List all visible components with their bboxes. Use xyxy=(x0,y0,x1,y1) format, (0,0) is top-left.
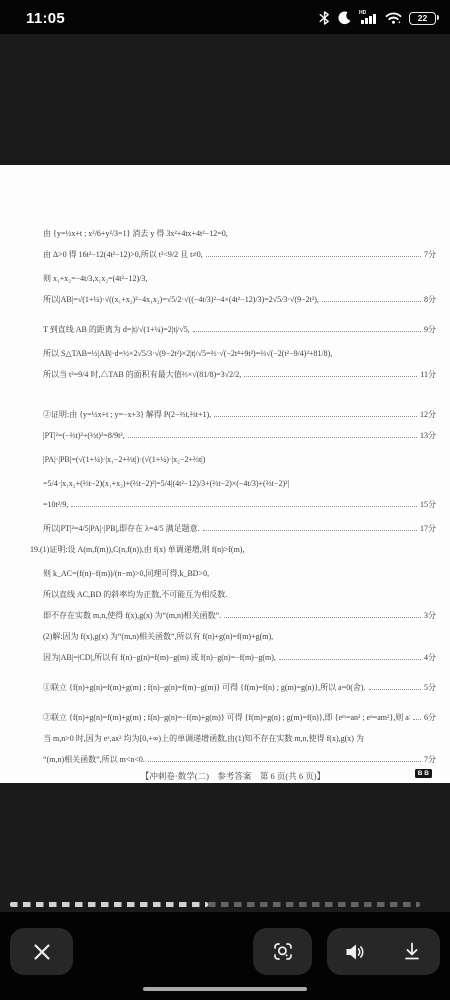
score-label: 7分 xyxy=(424,250,436,262)
formula-text: =10t²/9, xyxy=(43,500,68,512)
dotted-leader xyxy=(413,719,421,720)
document-lines: 由 {y=½x+t ; x²/6+y²/3=1} 消去 y 得 3x²+4tx+… xyxy=(30,201,436,767)
formula-line: 19.(1)证明:设 A(m,f(m)),C(n,f(n)),由 f(x) 单调… xyxy=(30,536,436,557)
score-label: 17分 xyxy=(420,524,436,536)
formula-text: 所以当 t²=9/4 时,△TAB 的面积有最大值⅔×√(81/8)=3√2/2… xyxy=(43,370,241,382)
formula-line: =5/4·|x₁x₂+(⅔t−2)(x₁+x₂)+(⅔t−2)²|=5/4|(4… xyxy=(30,467,436,491)
status-time: 11:05 xyxy=(26,10,65,27)
wifi-icon xyxy=(385,11,402,25)
dotted-leader xyxy=(206,256,421,257)
formula-text: ①联立 {f(n)+g(n)=f(m)+g(m) ; f(n)−g(n)=f(m… xyxy=(43,683,366,695)
dotted-leader xyxy=(369,689,421,690)
publisher-logo: B B xyxy=(415,769,432,778)
formula-text: |PT|²=(−⅔t)²+(⅔t)²=8/9t², xyxy=(43,431,125,443)
close-icon xyxy=(31,941,53,963)
battery-percent: 22 xyxy=(418,13,427,23)
signal-bars-icon: HD xyxy=(358,11,378,25)
score-label: 12分 xyxy=(420,410,436,422)
formula-text: “(m,n)相关函数”,所以 m<n<0. xyxy=(43,755,145,767)
battery-icon: 22 xyxy=(409,12,436,25)
formula-text: 19.(1)证明:设 A(m,f(m)),C(n,f(n)),由 f(x) 单调… xyxy=(30,545,244,557)
dotted-leader xyxy=(214,416,417,417)
dash-segment-dim xyxy=(208,902,420,907)
score-label: 6分 xyxy=(424,713,436,725)
score-label: 3分 xyxy=(424,611,436,623)
formula-text: 则 k_AC=(f(n)−f(m))/(n−m)>0,同理可得,k_BD>0, xyxy=(43,569,209,581)
formula-line: 由 {y=½x+t ; x²/6+y²/3=1} 消去 y 得 3x²+4tx+… xyxy=(30,201,436,241)
bluetooth-icon xyxy=(319,11,330,25)
score-label: 5分 xyxy=(424,683,436,695)
formula-line: 所以|AB|=√(1+¼)·√((x₁+x₂)²−4x₁x₂)=√5/2·√((… xyxy=(30,286,436,307)
speaker-icon xyxy=(344,942,366,962)
score-label: 7分 xyxy=(424,755,436,767)
formula-line: (2)解:因为 f(x),g(x) 为“(m,n)相关函数”,所以有 f(n)+… xyxy=(30,623,436,644)
dotted-leader xyxy=(224,617,421,618)
score-label: 9分 xyxy=(424,325,436,337)
score-label: 13分 xyxy=(420,431,436,443)
score-label: 8分 xyxy=(424,295,436,307)
formula-text: 由 {y=½x+t ; x²/6+y²/3=1} 消去 y 得 3x²+4tx+… xyxy=(43,229,228,241)
dotted-leader xyxy=(322,301,421,302)
download-icon xyxy=(402,941,422,963)
close-button[interactable] xyxy=(10,928,73,975)
formula-line: 因为|AB|=|CD|,所以有 f(n)−g(n)=f(m)−g(m) 或 f(… xyxy=(30,644,436,665)
formula-line: ①联立 {f(n)+g(n)=f(m)+g(m) ; f(n)−g(n)=f(m… xyxy=(30,665,436,695)
score-label: 15分 xyxy=(420,500,436,512)
formula-line: |PA|·|PB|=(√(1+¼)·|x₁−2+⅔t|)·(√(1+¼)·|x₂… xyxy=(30,443,436,467)
formula-line: 所以 S△TAB=½|AB|·d=½×2√5/3·√(9−2t²)×2|t|/√… xyxy=(30,337,436,361)
dotted-leader xyxy=(244,376,417,377)
formula-line: ②联立 {f(n)+g(n)=f(m)+g(m) ; f(n)−g(n)=−f(… xyxy=(30,695,436,725)
formula-line: 当 m,n>0 时,因为 eˣ,ax² 均为[0,+∞)上的单调递增函数,由(1… xyxy=(30,725,436,746)
formula-line: 则 x₁+x₂=−4t/3,x₁x₂=(4t²−12)/3, xyxy=(30,262,436,286)
score-label: 4分 xyxy=(424,653,436,665)
status-icons: HD 22 xyxy=(319,11,436,25)
formula-line: 所以|PT|²=4/5|PA|·|PB|,即存在 λ=4/5 满足题意. 17分 xyxy=(30,512,436,536)
formula-line: “(m,n)相关函数”,所以 m<n<0. 7分 xyxy=(30,746,436,767)
lens-search-button[interactable] xyxy=(253,928,312,975)
formula-text: 当 m,n>0 时,因为 eˣ,ax² 均为[0,+∞)上的单调递增函数,由(1… xyxy=(43,734,364,746)
formula-text: 所以|AB|=√(1+¼)·√((x₁+x₂)²−4x₁x₂)=√5/2·√((… xyxy=(43,295,319,307)
formula-text: =5/4·|x₁x₂+(⅔t−2)(x₁+x₂)+(⅔t−2)²|=5/4|(4… xyxy=(43,479,289,491)
formula-text: ②联立 {f(n)+g(n)=f(m)+g(m) ; f(n)−g(n)=−f(… xyxy=(43,713,410,725)
dash-segment-light xyxy=(10,902,208,907)
dotted-leader xyxy=(148,761,421,762)
formula-text: 即不存在实数 m,n,使得 f(x),g(x) 为“(m,n)相关函数”. xyxy=(43,611,221,623)
formula-text: 所以 S△TAB=½|AB|·d=½×2√5/3·√(9−2t²)×2|t|/√… xyxy=(43,349,332,361)
formula-text: 所以|PT|²=4/5|PA|·|PB|,即存在 λ=4/5 满足题意. xyxy=(43,524,200,536)
dotted-leader xyxy=(128,437,417,438)
formula-line: 则 k_AC=(f(n)−f(m))/(n−m)>0,同理可得,k_BD>0, xyxy=(30,557,436,581)
screenshot-preview-screen: 11:05 HD 22 xyxy=(0,0,450,1000)
formula-text: (2)解:因为 f(x),g(x) 为“(m,n)相关函数”,所以有 f(n)+… xyxy=(43,632,273,644)
audio-download-pill xyxy=(327,928,440,975)
formula-text: 由 Δ>0 得 16t²−12(4t²−12)>0,所以 t²<9/2 且 t≠… xyxy=(43,250,203,262)
dotted-leader xyxy=(71,506,417,507)
moon-icon xyxy=(337,11,351,25)
crop-boundary-dashes xyxy=(10,902,420,908)
download-button[interactable] xyxy=(387,928,437,975)
formula-line: =10t²/9, 15分 xyxy=(30,491,436,512)
formula-line: 即不存在实数 m,n,使得 f(x),g(x) 为“(m,n)相关函数”. 3分 xyxy=(30,602,436,623)
formula-line: 所以直线 AC,BD 的斜率均为正数,不可能互为相反数. xyxy=(30,581,436,602)
formula-text: 因为|AB|=|CD|,所以有 f(n)−g(n)=f(m)−g(m) 或 f(… xyxy=(43,653,276,665)
document-footer: 【冲刺卷·数学(二) 参考答案 第 6 页(共 6 页)】 B B xyxy=(30,770,436,782)
score-label: 11分 xyxy=(420,370,436,382)
formula-text: 则 x₁+x₂=−4t/3,x₁x₂=(4t²−12)/3, xyxy=(43,274,147,286)
formula-text: 所以直线 AC,BD 的斜率均为正数,不可能互为相反数. xyxy=(43,590,227,602)
document-page-image[interactable]: 由 {y=½x+t ; x²/6+y²/3=1} 消去 y 得 3x²+4tx+… xyxy=(0,165,450,783)
dotted-leader xyxy=(193,331,421,332)
formula-text: |PA|·|PB|=(√(1+¼)·|x₁−2+⅔t|)·(√(1+¼)·|x₂… xyxy=(43,455,205,467)
status-bar: 11:05 HD 22 xyxy=(0,0,450,34)
formula-line: 所以当 t²=9/4 时,△TAB 的面积有最大值⅔×√(81/8)=3√2/2… xyxy=(30,361,436,382)
formula-text: ②证明:由 {y=½x+t ; y=−x+3} 解得 P(2−⅔t,⅔t+1), xyxy=(43,410,211,422)
home-indicator[interactable] xyxy=(143,987,307,992)
dotted-leader xyxy=(279,659,421,660)
dotted-leader xyxy=(203,530,417,531)
formula-line: ②证明:由 {y=½x+t ; y=−x+3} 解得 P(2−⅔t,⅔t+1),… xyxy=(30,382,436,422)
formula-line: T 到直线 AB 的距离为 d=|t|/√(1+¼)=2|t|/√5, 9分 xyxy=(30,307,436,337)
lens-search-icon xyxy=(271,940,295,964)
footer-text: 【冲刺卷·数学(二) 参考答案 第 6 页(共 6 页)】 xyxy=(141,771,325,781)
speaker-button[interactable] xyxy=(330,928,380,975)
bottom-toolbar xyxy=(0,912,450,1000)
formula-line: |PT|²=(−⅔t)²+(⅔t)²=8/9t², 13分 xyxy=(30,422,436,443)
formula-text: T 到直线 AB 的距离为 d=|t|/√(1+¼)=2|t|/√5, xyxy=(43,325,190,337)
formula-line: 由 Δ>0 得 16t²−12(4t²−12)>0,所以 t²<9/2 且 t≠… xyxy=(30,241,436,262)
